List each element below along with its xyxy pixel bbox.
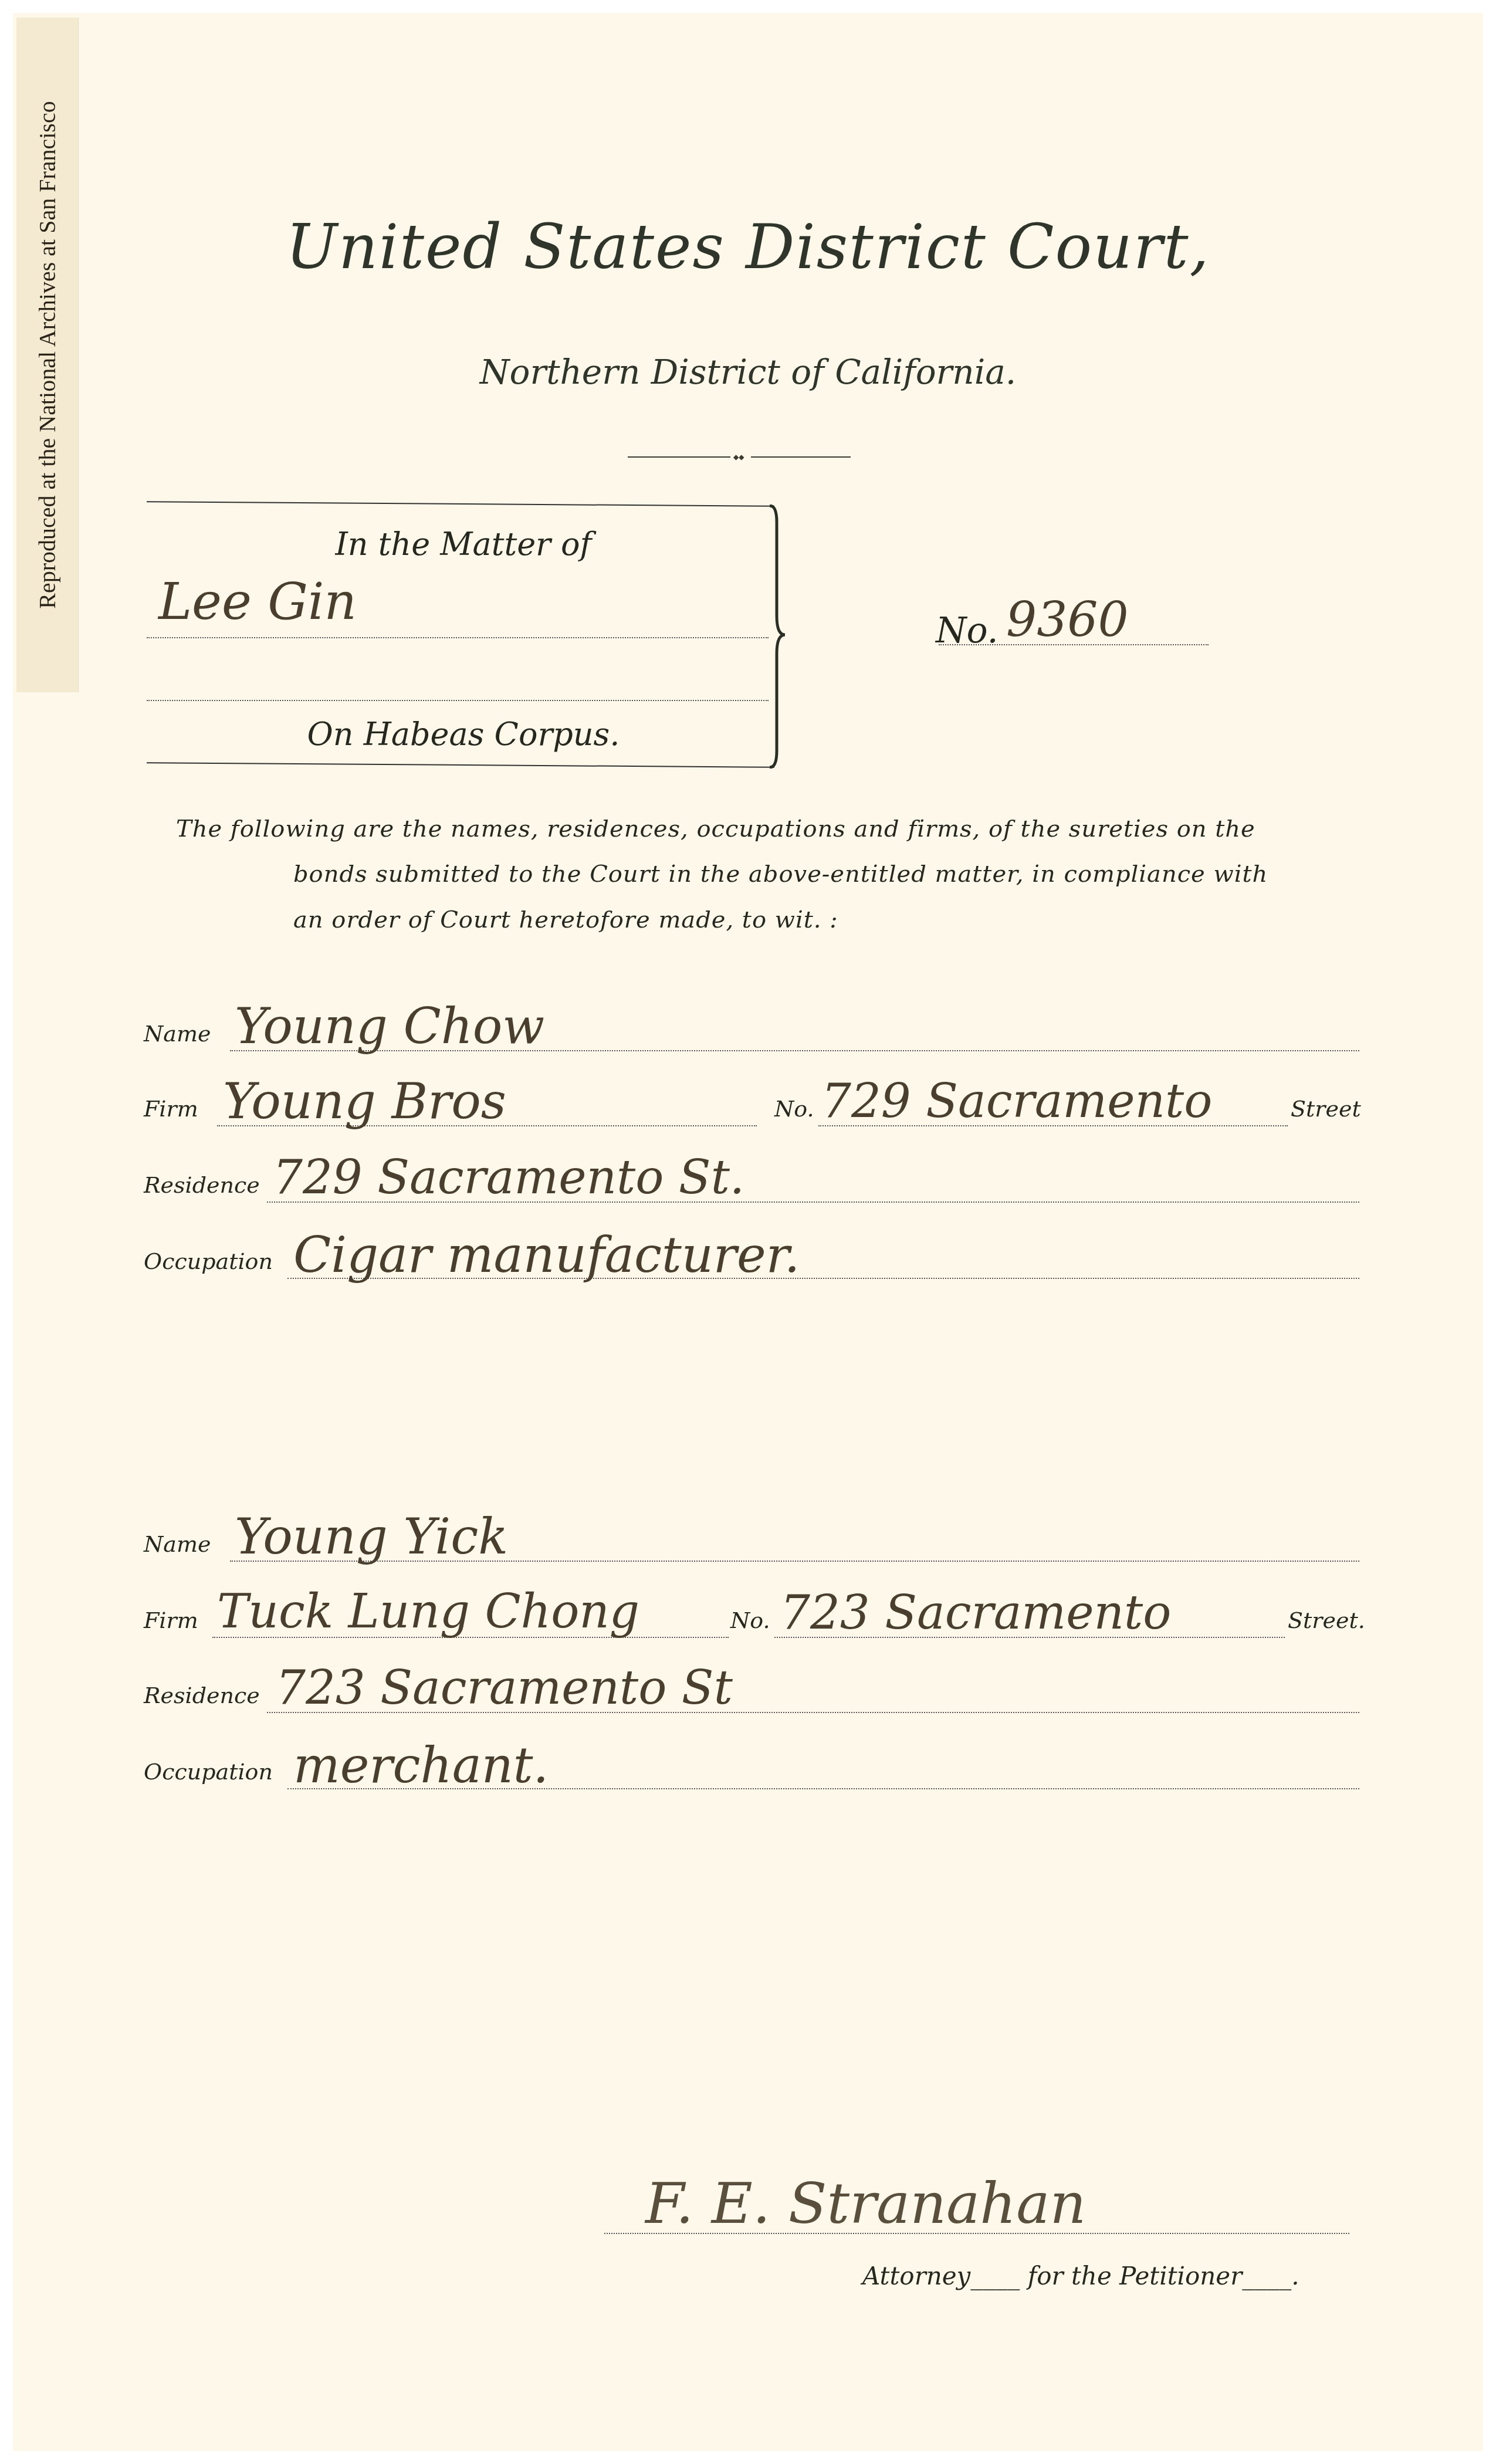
court-title: United States District Court, (0, 211, 1496, 283)
surety-1-firm: Young Bros (223, 1072, 506, 1130)
case-number-value: 9360 (1006, 593, 1129, 648)
surety-2-firm-address: 723 Sacramento (780, 1585, 1171, 1640)
attorney-for-petitioner-label: Attorney____ for the Petitioner____. (862, 2262, 1299, 2290)
matter-box: In the Matter of Lee Gin On Habeas Corpu… (147, 503, 780, 767)
name-label: Name (144, 1021, 211, 1047)
ornament-diamond-icon: ◆◆ (733, 455, 744, 459)
brace-icon (769, 505, 804, 769)
intro-line-2: bonds submitted to the Court in the abov… (293, 861, 1268, 888)
intro-line-1: The following are the names, residences,… (176, 815, 1255, 842)
on-habeas-corpus-label: On Habeas Corpus. (147, 716, 780, 753)
intro-line-3: an order of Court heretofore made, to wi… (293, 906, 838, 933)
street-label: Street (1291, 1096, 1361, 1122)
occupation-label: Occupation (144, 1248, 273, 1274)
firm-label: Firm (144, 1607, 198, 1633)
surety-1-occupation: Cigar manufacturer. (293, 1226, 800, 1284)
surety-2-occupation: merchant. (293, 1737, 549, 1794)
surety-2-firm: Tuck Lung Chong (217, 1584, 639, 1639)
residence-label: Residence (144, 1172, 260, 1198)
in-the-matter-of-label: In the Matter of (147, 526, 780, 563)
surety-2-residence: 723 Sacramento St (276, 1660, 733, 1715)
ornament-divider: ◆◆ (628, 455, 851, 459)
firm-number-label: No. (730, 1607, 770, 1633)
surety-1-residence: 729 Sacramento St. (273, 1150, 744, 1204)
occupation-label: Occupation (144, 1759, 273, 1785)
firm-number-label: No. (774, 1096, 814, 1122)
case-number-line (939, 644, 1209, 645)
name-label: Name (144, 1531, 211, 1557)
signature-line (604, 2233, 1349, 2234)
street-label: Street. (1288, 1607, 1365, 1633)
attorney-signature: F. E. Stranahan (645, 2171, 1086, 2236)
court-district: Northern District of California. (0, 352, 1496, 392)
petitioner-name: Lee Gin (158, 573, 357, 631)
surety-1-firm-address: 729 Sacramento (821, 1074, 1212, 1128)
surety-2-name: Young Yick (235, 1508, 508, 1565)
surety-1-name: Young Chow (235, 997, 544, 1055)
firm-label: Firm (144, 1096, 198, 1122)
residence-label: Residence (144, 1683, 260, 1708)
